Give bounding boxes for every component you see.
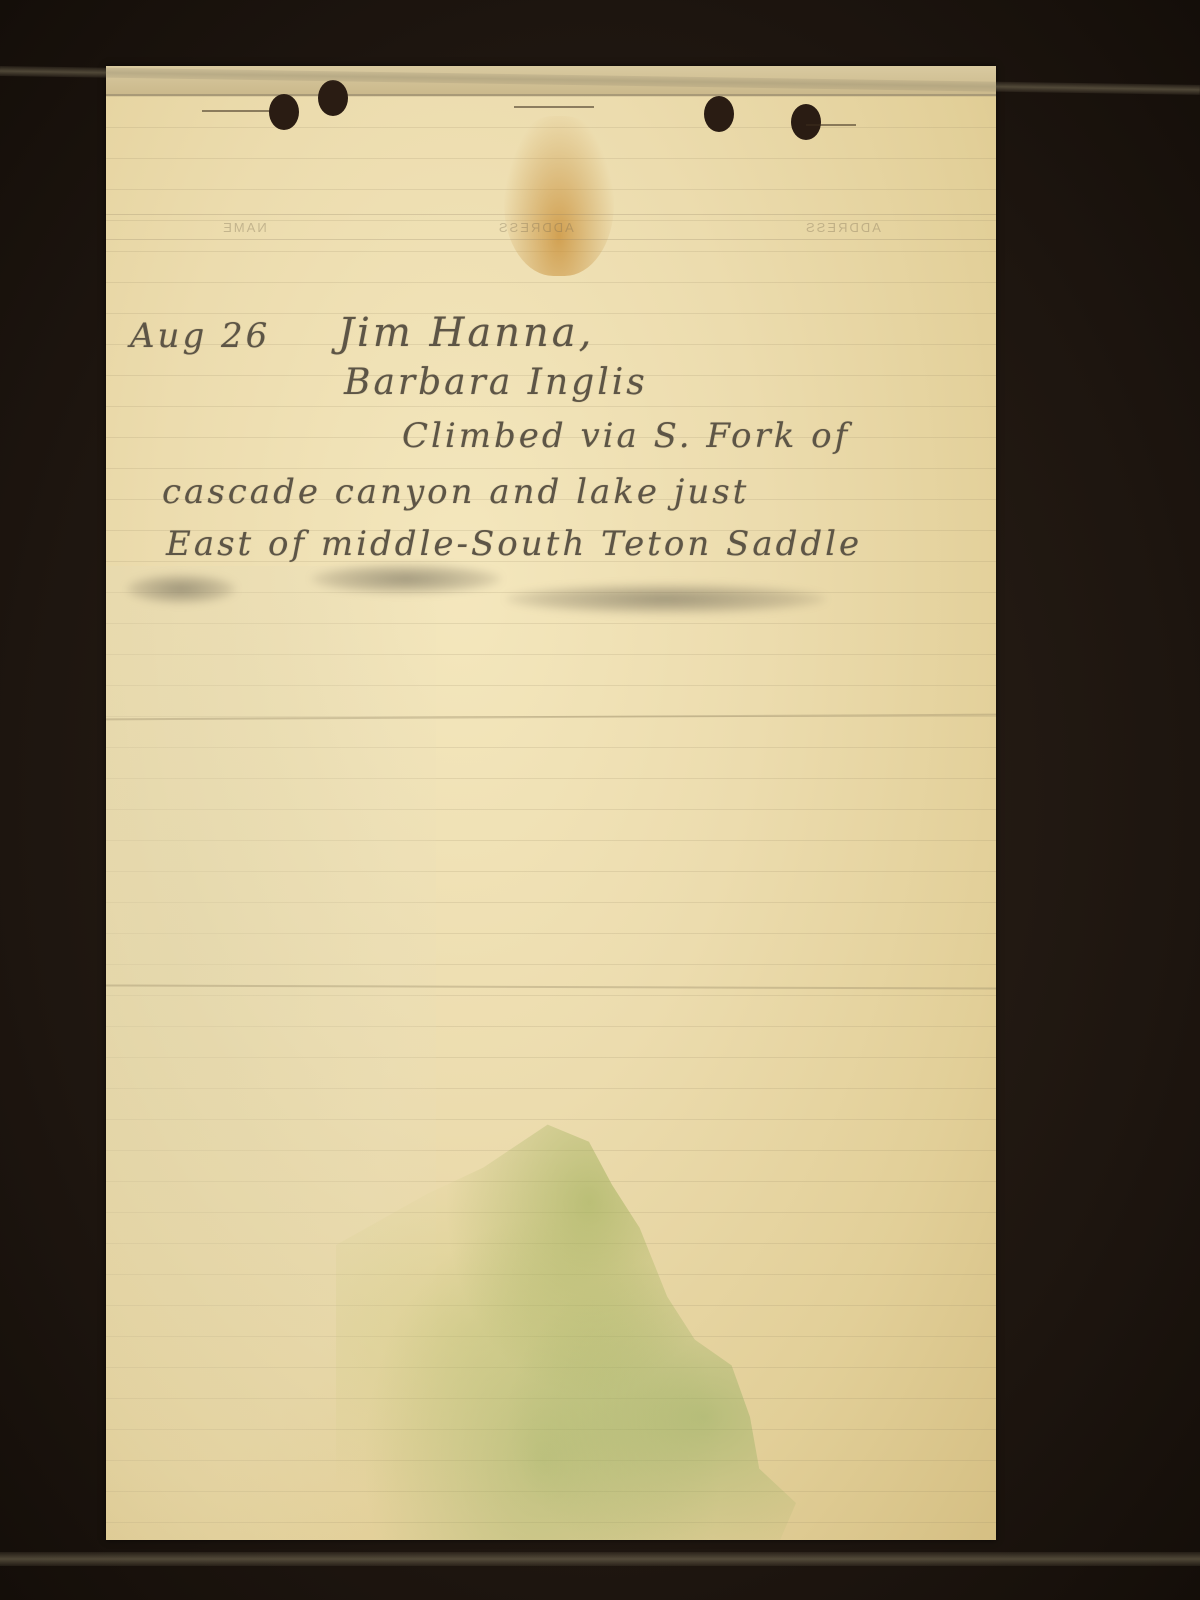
header-col: NAME (221, 220, 267, 235)
punch-hole (791, 104, 821, 140)
entry-line-3: East of middle-South Teton Saddle (166, 524, 862, 564)
entry-name-2: Barbara Inglis (344, 362, 648, 403)
punch-slit (806, 124, 856, 126)
punch-slit (514, 106, 594, 108)
pencil-smudge (126, 574, 236, 604)
rust-stain (504, 116, 614, 276)
pencil-smudge (311, 564, 501, 594)
header-col: ADDRESS (497, 220, 574, 235)
entry-date: Aug 26 (130, 316, 270, 356)
entry-name-1: Jim Hanna, (338, 310, 594, 356)
paper-sheet: ADDRESS ADDRESS NAME Aug 26 Jim Hanna, B… (106, 66, 996, 1540)
glass-mount-rail (0, 1552, 1200, 1566)
entry-line-1: Climbed via S. Fork of (402, 416, 850, 456)
punch-hole (318, 80, 348, 116)
entry-line-2: cascade canyon and lake just (162, 472, 749, 512)
punch-hole (704, 96, 734, 132)
header-col: ADDRESS (804, 220, 881, 235)
punch-hole (269, 94, 299, 130)
pencil-smudge (506, 584, 826, 614)
mirrored-printed-header: ADDRESS ADDRESS NAME (106, 214, 996, 240)
